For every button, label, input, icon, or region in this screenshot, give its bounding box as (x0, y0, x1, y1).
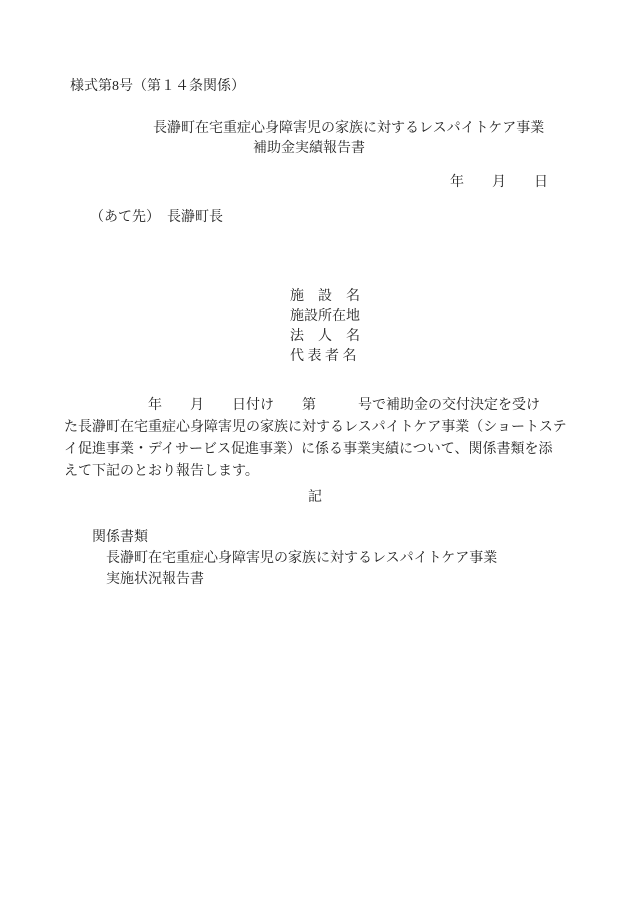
facility-name-label: 施 設 名 (290, 287, 360, 307)
blank-date-line: 年 月 日 (450, 173, 548, 193)
body-text-line3: イ促進事業・デイサービス促進事業）に係る事業実績について、関係書類を添 (64, 440, 552, 460)
addressee-line: （あて先） 長瀞町長 (90, 208, 223, 228)
body-text-line1: 年 月 日付け 第 号で補助金の交付決定を受け (64, 396, 540, 416)
representative-name-label: 代 表 者 名 (290, 347, 357, 367)
body-text-line2: た長瀞町在宅重症心身障害児の家族に対するレスパイトケア事業（ショートステ (64, 418, 567, 438)
document-title-line2: 補助金実績報告書 (253, 139, 365, 159)
notation-marker: 記 (0, 488, 630, 508)
document-title-line1: 長瀞町在宅重症心身障害児の家族に対するレスパイトケア事業 (153, 119, 544, 139)
facility-address-label: 施設所在地 (290, 307, 360, 327)
body-text-line4: えて下記のとおり報告します。 (64, 462, 259, 482)
attachments-heading: 関係書類 (92, 528, 148, 548)
form-number: 様式第8号（第１４条関係） (70, 77, 245, 97)
document-page: 様式第8号（第１４条関係） 長瀞町在宅重症心身障害児の家族に対するレスパイトケア… (0, 0, 630, 903)
attachment-item-2: 実施状況報告書 (106, 570, 204, 590)
attachment-item-1: 長瀞町在宅重症心身障害児の家族に対するレスパイトケア事業 (106, 549, 497, 569)
corporation-name-label: 法 人 名 (290, 327, 360, 347)
